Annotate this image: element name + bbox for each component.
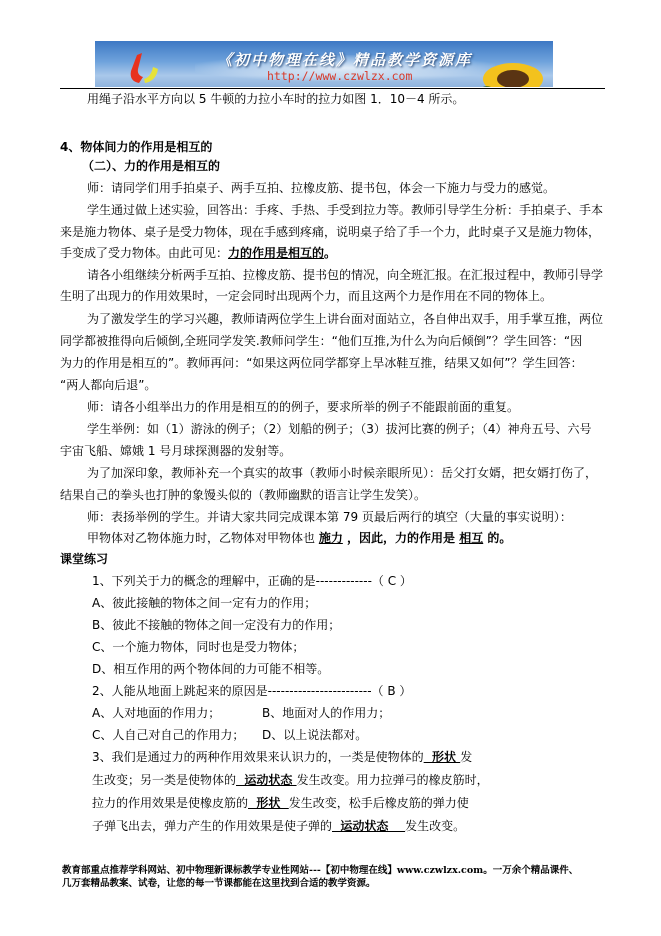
banner-url[interactable]: http://www.czwlzx.com [267, 69, 412, 83]
page-footer: 教育部重点推荐学科网站、初中物理新课标教学专业性网站---【初中物理在线】www… [62, 864, 578, 890]
answer-blank: 运动状态 [332, 819, 405, 833]
text: 的。 [483, 531, 511, 545]
question-3: 3、我们是通过力的两种作用效果来认识力的，一类是使物体的 形状 发 [92, 749, 472, 765]
subsection-heading: （二）、力的作用是相互的 [82, 158, 220, 174]
footer-line-1: 教育部重点推荐学科网站、初中物理新课标教学专业性网站---【初中物理在线】www… [62, 864, 578, 877]
paragraph: 为了加深印象，教师补充一个真实的故事（教师小时候亲眼所见）：岳父打女婿，把女婿打… [87, 465, 597, 481]
question-3-cont: 子弹飞出去，弹力产生的作用效果是使子弹的 运动状态 发生改变。 [92, 818, 465, 834]
text: 3、我们是通过力的两种作用效果来认识力的，一类是使物体的 [92, 750, 424, 764]
text: 甲物体对乙物体施力时，乙物体对甲物体也 [87, 531, 319, 545]
text: 子弹飞出去，弹力产生的作用效果是使子弹的 [92, 819, 332, 833]
question-3-cont: 拉力的作用效果是使橡皮筋的 形状 发生改变，松手后橡皮筋的弹力使 [92, 795, 469, 811]
paragraph: 来是施力物体、桌子是受力物体，现在手感到疼痛，说明桌子给了手一个力，此时桌子又是… [60, 224, 600, 240]
paragraph: 结果自己的拳头也打肿的象馒头似的（教师幽默的语言让学生发笑）。 [60, 487, 426, 503]
text: ，因此，力的作用是 [343, 531, 459, 545]
exercise-heading: 课堂练习 [60, 551, 108, 567]
paragraph: 同学都被推得向后倾倒,全班同学发笑.教师问学生：“他们互推,为什么为向后倾倒”？… [60, 333, 582, 349]
question-2: 2、人能从地面上跳起来的原因是------------------------（… [92, 683, 411, 699]
question-3-cont: 生改变；另一类是使物体的 运动状态 发生改变。用力拉弹弓的橡皮筋时， [92, 772, 489, 788]
option-a: A、彼此接触的物体之间一定有力的作用； [92, 595, 316, 611]
question-1: 1、下列关于力的概念的理解中，正确的是-------------（ C ） [92, 573, 412, 589]
option-b: B、地面对人的作用力； [262, 705, 390, 721]
paragraph: 学生举例：如（1）游泳的例子；（2）划船的例子；（3）拔河比赛的例子；（4）神舟… [87, 421, 592, 437]
footer-line-2: 几万套精品教案、试卷，让您的每一节课都能在这里找到合适的教学资源。 [62, 877, 578, 890]
site-banner: 《初中物理在线》精品教学资源库 http://www.czwlzx.com [95, 41, 553, 87]
text: 发生改变。用力拉弹弓的橡皮筋时， [297, 773, 489, 787]
paragraph: 学生通过做上述实验，回答出：手疼、手热、手受到拉力等。教师引导学生分析：手拍桌子… [87, 202, 603, 218]
paragraph: 请各小组继续分析两手互拍、拉橡皮筋、提书包的情况，向全班汇报。在汇报过程中，教师… [87, 267, 603, 283]
option-a: A、人对地面的作用力； [92, 705, 220, 721]
paragraph-conclusion: 手变成了受力物体。由此可见：力的作用是相互的。 [60, 245, 336, 261]
header-divider [60, 88, 605, 89]
fill-in-sentence: 甲物体对乙物体施力时，乙物体对甲物体也 施力 ，因此，力的作用是 相互 的。 [87, 530, 511, 546]
answer-blank: 相互 [459, 531, 483, 545]
paragraph: 生明了出现力的作用效果时，一定会同时出现两个力，而且这两个力是作用在不同的物体上… [60, 288, 552, 304]
key-conclusion: 力的作用是相互的 [228, 246, 324, 260]
text: 发生改变。 [405, 819, 465, 833]
intro-line: 用绳子沿水平方向以 5 牛顿的力拉小车时的拉力如图 1．10－4 所示。 [87, 91, 464, 107]
answer-blank: 形状 [424, 750, 461, 764]
paragraph: 师：表扬举例的学生。并请大家共同完成课本第 79 页最后两行的填空（大量的事实说… [87, 509, 572, 525]
paragraph: 宇宙飞船、嫦娥 1 号月球探测器的发射等。 [60, 443, 291, 459]
answer-blank: 运动状态 [236, 773, 297, 787]
option-d: D、相互作用的两个物体间的力可能不相等。 [92, 661, 329, 677]
czwlzx-logo-icon [125, 51, 165, 85]
paragraph: 为了激发学生的学习兴趣，教师请两位学生上讲台面对面站立，各自伸出双手，用手掌互推… [87, 311, 603, 327]
text: 发生改变，松手后橡皮筋的弹力使 [289, 796, 469, 810]
paragraph: 师：请各小组举出力的作用是相互的的例子，要求所举的例子不能跟前面的重复。 [87, 399, 519, 415]
text: 生改变；另一类是使物体的 [92, 773, 236, 787]
option-b: B、彼此不接触的物体之间一定没有力的作用； [92, 617, 340, 633]
text: 手变成了受力物体。由此可见： [60, 246, 228, 260]
banner-title: 《初中物理在线》精品教学资源库 [217, 49, 472, 70]
paragraph: 为力的作用是相互的”。教师再问：“如果这两位同学都穿上旱冰鞋互推，结果又如何”？… [60, 355, 583, 371]
text: 。 [324, 246, 336, 260]
text: 发 [460, 750, 472, 764]
sunflower-image [475, 57, 545, 87]
section-heading: 4、物体间力的作用是相互的 [60, 139, 212, 155]
option-c: C、一个施力物体，同时也是受力物体； [92, 639, 304, 655]
paragraph: 师：请同学们用手拍桌子、两手互拍、拉橡皮筋、提书包，体会一下施力与受力的感觉。 [87, 180, 555, 196]
option-c: C、人自己对自己的作用力； [92, 727, 244, 743]
answer-blank: 形状 [248, 796, 289, 810]
text: 拉力的作用效果是使橡皮筋的 [92, 796, 248, 810]
answer-blank: 施力 [319, 531, 343, 545]
option-d: D、以上说法都对。 [262, 727, 367, 743]
paragraph: “两人都向后退”。 [60, 377, 156, 393]
